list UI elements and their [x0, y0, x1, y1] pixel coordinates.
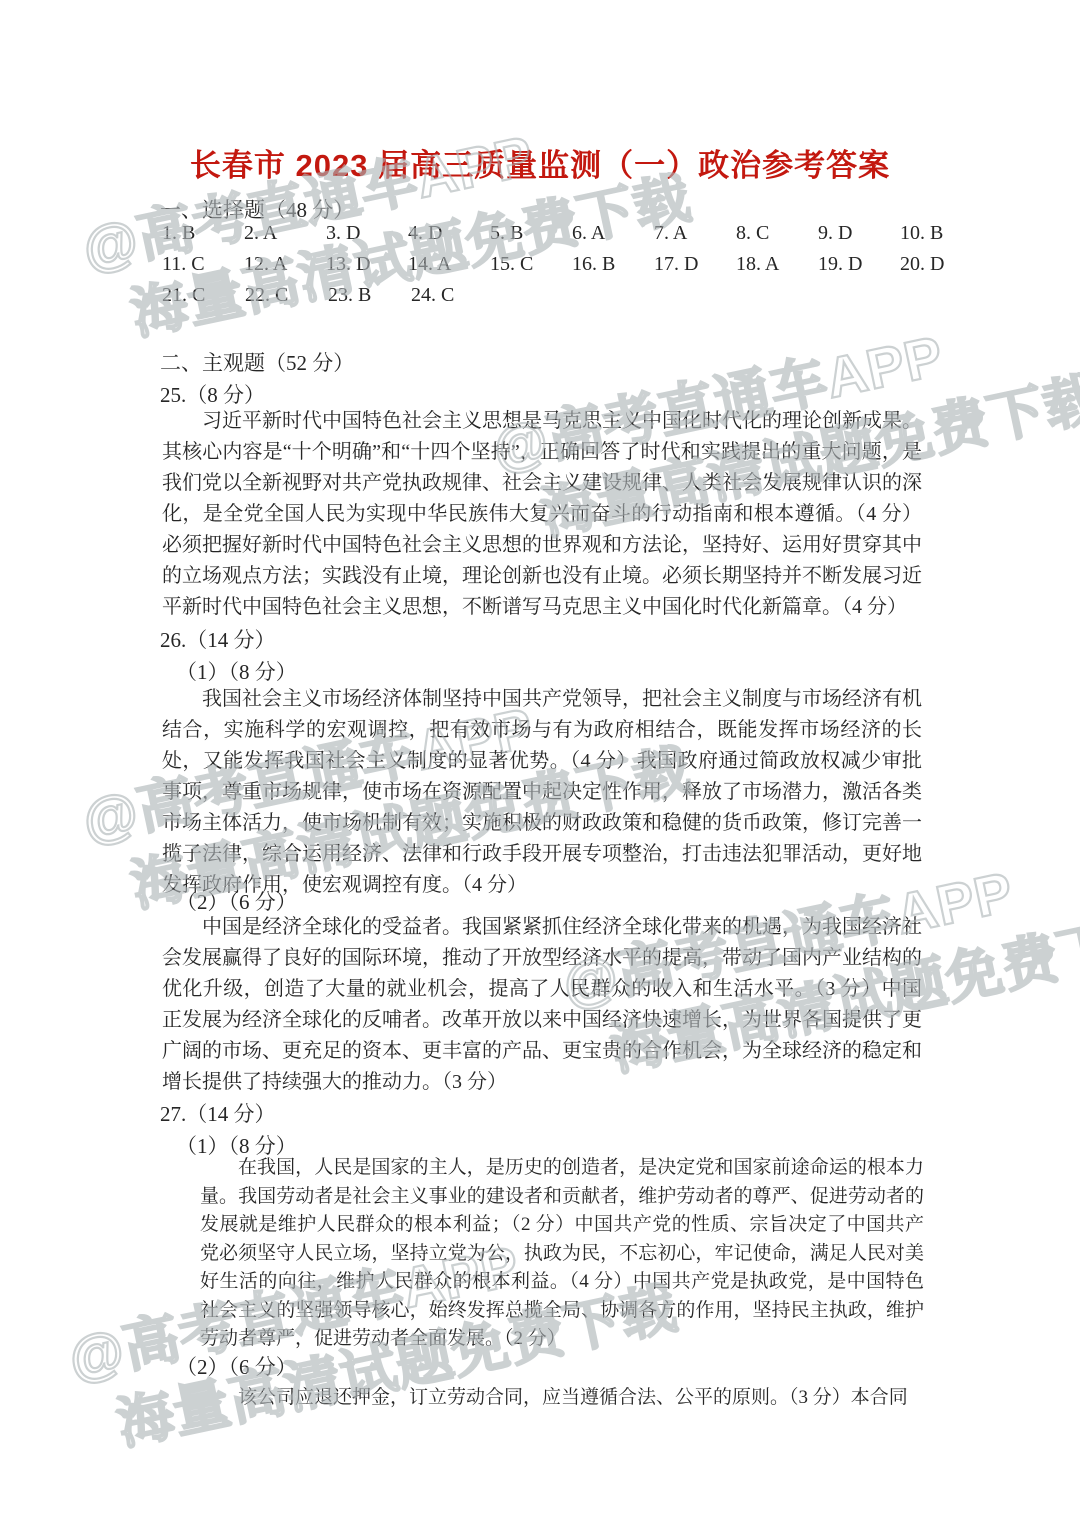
answer-item: 2. A [244, 222, 321, 245]
answer-item: 3. D [326, 222, 403, 245]
q26-part1-label: （1）（8 分） [176, 656, 297, 686]
answer-item: 14. A [408, 253, 485, 276]
q25-label: 25.（8 分） [160, 379, 265, 409]
answer-item: 5. B [490, 222, 567, 245]
answer-item: 24. C [411, 284, 454, 307]
q26-part1-answer-text: 我国社会主义市场经济体制坚持中国共产党领导，把社会主义制度与市场经济有机结合，实… [162, 684, 922, 901]
answer-item: 20. D [900, 253, 944, 276]
q27-part2-answer-text: 该公司应退还押金，订立劳动合同，应当遵循合法、公平的原则。（3 分）本合同 [200, 1384, 924, 1413]
answer-row-3: 21. C 22. C 23. B 24. C [162, 284, 454, 307]
answer-item: 6. A [572, 222, 649, 245]
answer-item: 16. B [572, 253, 649, 276]
q26-part2-answer-text: 中国是经济全球化的受益者。我国紧紧抓住经济全球化带来的机遇，为我国经济社会发展赢… [162, 912, 922, 1098]
answer-item: 11. C [162, 253, 239, 276]
answer-item: 8. C [736, 222, 813, 245]
q27-part2-label: （2）（6 分） [176, 1351, 297, 1381]
answer-item: 10. B [900, 222, 943, 245]
q25-answer-text: 习近平新时代中国特色社会主义思想是马克思主义中国化时代化的理论创新成果。其核心内… [162, 406, 922, 623]
answer-item: 7. A [654, 222, 731, 245]
q26-label: 26.（14 分） [160, 624, 276, 654]
answer-item: 18. A [736, 253, 813, 276]
answer-item: 22. C [245, 284, 323, 307]
answer-item: 1. B [162, 222, 239, 245]
scanned-answer-sheet: @高考直通车APP 海量高清试题免费下载 @高考直通车APP 海量高清试题免费下… [0, 0, 1080, 1527]
answer-item: 17. D [654, 253, 731, 276]
answer-row-2: 11. C 12. A 13. D 14. A 15. C 16. B 17. … [162, 253, 944, 276]
q27-label: 27.（14 分） [160, 1098, 276, 1128]
exam-title: 长春市 2023 届高三质量监测（一）政治参考答案 [0, 140, 1080, 185]
answer-item: 15. C [490, 253, 567, 276]
answer-item: 21. C [162, 284, 240, 307]
answer-item: 9. D [818, 222, 895, 245]
section1-heading: 一、选择题（48 分） [160, 194, 354, 224]
answer-row-1: 1. B 2. A 3. D 4. D 5. B 6. A 7. A 8. C … [162, 222, 943, 245]
answer-item: 19. D [818, 253, 895, 276]
answer-item: 23. B [328, 284, 406, 307]
answer-item: 13. D [326, 253, 403, 276]
answer-item: 12. A [244, 253, 321, 276]
q27-part1-answer-text: 在我国，人民是国家的主人，是历史的创造者，是决定党和国家前途命运的根本力量。我国… [200, 1154, 924, 1354]
answer-item: 4. D [408, 222, 485, 245]
section2-heading: 二、主观题（52 分） [160, 347, 354, 377]
